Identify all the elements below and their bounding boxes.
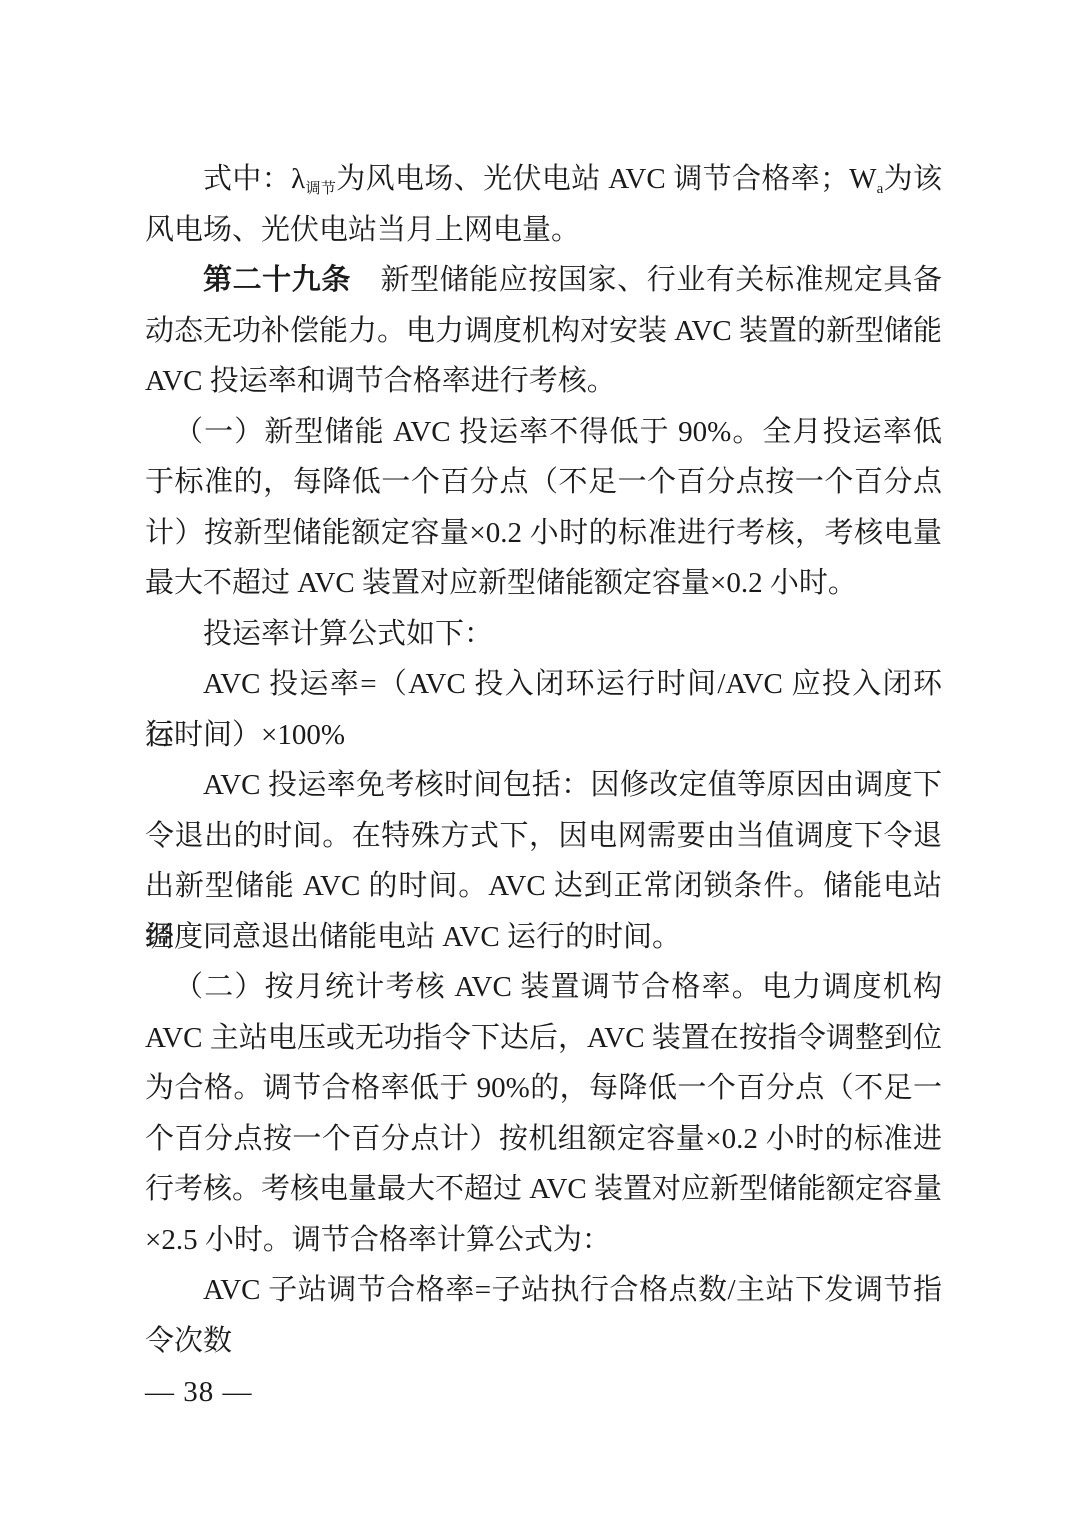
text-line-12: 行时间）×100% [145, 710, 942, 761]
document-root: html, body { margin: 0; padding: 0; widt… [0, 0, 1080, 1527]
text-segment: 于标准的，每降低一个百分点（不足一个百分点按一个百分点 [145, 466, 942, 498]
text-line-14: 令退出的时间。在特殊方式下，因电网需要由当值调度下令退 [145, 811, 942, 862]
text-segment: 风电场、光伏电站当月上网电量。 [145, 214, 580, 246]
page-number: — 38 — [145, 1372, 253, 1412]
text-line-11: AVC 投运率=（AVC 投入闭环运行时间/AVC 应投入闭环运 [145, 659, 942, 710]
text-line-10: 投运率计算公式如下： [145, 609, 942, 660]
text-line-5: AVC 投运率和调节合格率进行考核。 [145, 356, 942, 407]
text-segment: 为风电场、光伏电站 AVC 调节合格率；W [336, 163, 876, 195]
text-line-22: ×2.5 小时。调节合格率计算公式为： [145, 1215, 942, 1266]
text-line-23: AVC 子站调节合格率=子站执行合格点数/主站下发调节指 [145, 1265, 942, 1316]
text-line-18: AVC 主站电压或无功指令下达后，AVC 装置在按指令调整到位 [145, 1013, 942, 1064]
text-segment: 新型储能应按国家、行业有关标准规定具备 [351, 264, 942, 296]
text-line-2: 风电场、光伏电站当月上网电量。 [145, 205, 942, 256]
bold-heading-text: 第二十九条 [203, 264, 351, 296]
text-segment: 动态无功补偿能力。电力调度机构对安装 AVC 装置的新型储能 [145, 315, 942, 347]
text-segment: AVC 投运率和调节合格率进行考核。 [145, 365, 616, 397]
text-line-9: 最大不超过 AVC 装置对应新型储能额定容量×0.2 小时。 [145, 558, 942, 609]
text-segment: 为合格。调节合格率低于 90%的，每降低一个百分点（不足一 [145, 1072, 942, 1104]
document-body-text: 式中：λ调节为风电场、光伏电站 AVC 调节合格率；Wa为该风电场、光伏电站当月… [145, 154, 942, 1366]
text-segment: 为该 [883, 163, 942, 195]
text-segment: 行考核。考核电量最大不超过 AVC 装置对应新型储能额定容量 [145, 1173, 942, 1205]
text-line-6: （一）新型储能 AVC 投运率不得低于 90%。全月投运率低 [145, 407, 942, 458]
text-line-15: 出新型储能 AVC 的时间。AVC 达到正常闭锁条件。储能电站经 [145, 861, 942, 912]
text-line-16: 调度同意退出储能电站 AVC 运行的时间。 [145, 912, 942, 963]
text-line-21: 行考核。考核电量最大不超过 AVC 装置对应新型储能额定容量 [145, 1164, 942, 1215]
text-segment: 投运率计算公式如下： [203, 618, 493, 650]
subscript-text: 调节 [305, 181, 336, 197]
document-page: 式中：λ调节为风电场、光伏电站 AVC 调节合格率；Wa为该风电场、光伏电站当月… [0, 0, 1080, 1527]
text-line-20: 个百分点按一个百分点计）按机组额定容量×0.2 小时的标准进 [145, 1114, 942, 1165]
text-line-17: （二）按月统计考核 AVC 装置调节合格率。电力调度机构 [145, 962, 942, 1013]
text-segment: 调度同意退出储能电站 AVC 运行的时间。 [145, 921, 681, 953]
text-segment: 个百分点按一个百分点计）按机组额定容量×0.2 小时的标准进 [145, 1123, 942, 1155]
text-line-3: 第二十九条 新型储能应按国家、行业有关标准规定具备 [145, 255, 942, 306]
text-segment: ×2.5 小时。调节合格率计算公式为： [145, 1224, 611, 1256]
text-line-19: 为合格。调节合格率低于 90%的，每降低一个百分点（不足一 [145, 1063, 942, 1114]
text-segment: 令次数 [145, 1325, 232, 1357]
text-line-7: 于标准的，每降低一个百分点（不足一个百分点按一个百分点 [145, 457, 942, 508]
text-segment: 令退出的时间。在特殊方式下，因电网需要由当值调度下令退 [145, 820, 942, 852]
text-segment: （一）新型储能 AVC 投运率不得低于 90%。全月投运率低 [174, 416, 942, 448]
text-line-13: AVC 投运率免考核时间包括：因修改定值等原因由调度下 [145, 760, 942, 811]
text-line-4: 动态无功补偿能力。电力调度机构对安装 AVC 装置的新型储能 [145, 306, 942, 357]
text-segment: （二）按月统计考核 AVC 装置调节合格率。电力调度机构 [174, 971, 942, 1003]
text-line-1: 式中：λ调节为风电场、光伏电站 AVC 调节合格率；Wa为该 [145, 154, 942, 205]
text-line-24: 令次数 [145, 1316, 942, 1367]
text-segment: 行时间）×100% [145, 719, 345, 751]
text-segment: AVC 主站电压或无功指令下达后，AVC 装置在按指令调整到位 [145, 1022, 942, 1054]
text-line-8: 计）按新型储能额定容量×0.2 小时的标准进行考核，考核电量 [145, 508, 942, 559]
text-segment: 最大不超过 AVC 装置对应新型储能额定容量×0.2 小时。 [145, 567, 857, 599]
text-segment: 计）按新型储能额定容量×0.2 小时的标准进行考核，考核电量 [145, 517, 942, 549]
text-segment: AVC 投运率免考核时间包括：因修改定值等原因由调度下 [203, 769, 942, 801]
text-segment: 式中：λ [203, 163, 305, 195]
text-segment: AVC 子站调节合格率=子站执行合格点数/主站下发调节指 [203, 1274, 942, 1306]
